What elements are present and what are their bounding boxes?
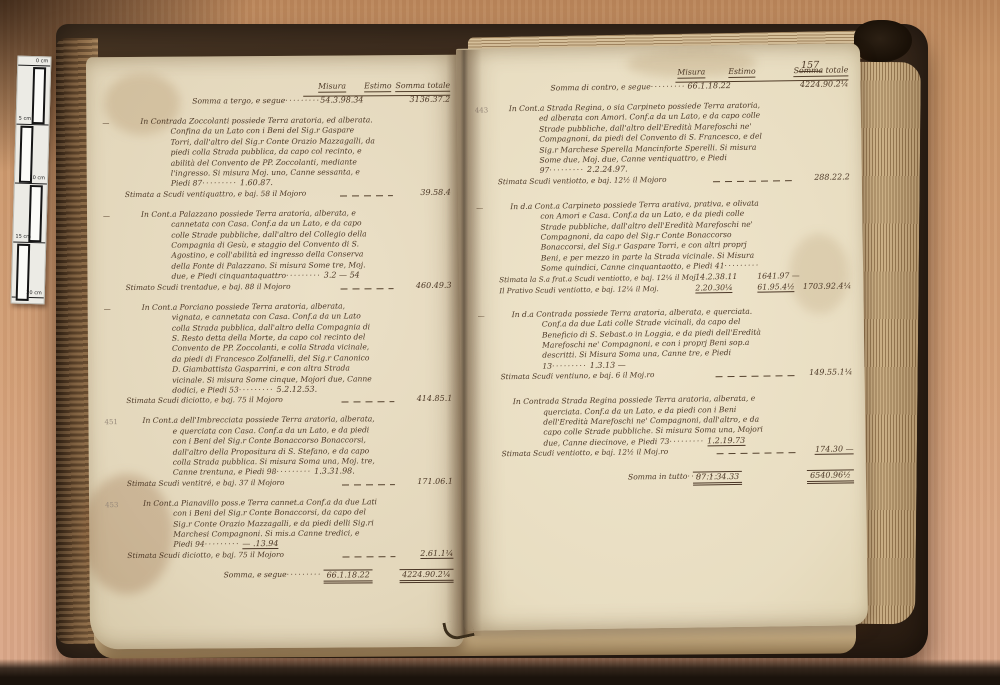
entry-body-text: In d.a Contrada possiede Terra aratoria,…: [512, 306, 769, 372]
entry-stima-text: Stimata Scudi ventiotto, e baj. 12½ il M…: [502, 447, 669, 458]
leader-dots: [202, 179, 237, 188]
entry-somma-value: 149.55.1¼: [809, 367, 853, 377]
book-gutter-shadow: [446, 50, 482, 636]
leader-dots: [651, 82, 686, 91]
leader-dots: [276, 467, 311, 476]
entry-body-text: In Cont.a dell'Imbrecciata possiede Terr…: [142, 415, 378, 479]
scale-label: 0 cm: [36, 58, 49, 64]
column-header-somma-totale: Somma totale: [794, 65, 849, 77]
entry-misura-value: — .13.94: [242, 539, 278, 549]
page-total-label: Somma, e segue: [224, 569, 322, 579]
entry-somma-value: 1703.92.4¼: [803, 281, 852, 291]
scale-label: 5 cm: [19, 116, 32, 122]
entry-body-text: In Contrada Zoccolanti possiede Terra ar…: [140, 115, 377, 189]
valuation-misura: 2.20.30¼: [695, 283, 732, 294]
entry-misura-value: 1.3.31.98.: [314, 467, 355, 476]
entry-text: In Cont.a Porciano possiede Terra arator…: [142, 301, 372, 394]
page-total-somma: 6540.96½: [807, 469, 854, 484]
entry-margin-mark: —: [104, 305, 111, 313]
entry-body-text: In Cont.a Palazzano possiede Terra arato…: [141, 208, 378, 282]
scale-label: 20 cm: [26, 290, 42, 296]
entry-text: In Cont.a Strada Regina, o sia Carpineto…: [509, 101, 762, 176]
dash-leader: [342, 484, 395, 485]
entry-stima-row: Stimata Scudi diciotto, e baj. 75 il Moj…: [126, 394, 452, 408]
page-total-row: Somma in tutto 87.1.34.33 6540.96½: [478, 469, 854, 489]
carry-misura-value: 54.3.98.34: [320, 95, 363, 104]
ledger-entry: — In Cont.a Porciano possiede Terra arat…: [102, 300, 453, 408]
ledger-entry: — In d.a Contrada possiede Terra aratori…: [476, 305, 853, 385]
leader-dots: [724, 261, 759, 270]
carry-label-text: Somma a tergo, e segue: [192, 96, 285, 106]
entry-body-text: In Cont.a Pianavillo poss.e Terra cannet…: [143, 497, 379, 551]
column-header-estimo: Estimo: [728, 67, 756, 78]
ledger-entry: 453 In Cont.a Pianavillo poss.e Terra ca…: [103, 497, 453, 563]
ledger-entry: 443 In Cont.a Strada Regina, o sia Carpi…: [473, 99, 850, 189]
entry-misura-value: 2.2.24.97.: [587, 165, 628, 175]
column-header-estimo: Estimo: [364, 81, 391, 92]
carry-label: Somma a tergo, e segue: [192, 96, 320, 106]
left-page-content: Misura Estimo Somma totale Somma a tergo…: [100, 81, 454, 641]
leader-dots: [549, 166, 584, 175]
entry-margin-number: 453: [105, 501, 118, 509]
valuation-label: Il Prativo Scudi ventiotto, e baj. 12¼ i…: [499, 284, 659, 295]
entry-text: In d.a Cont.a Carpineto possiede Terra a…: [510, 198, 759, 272]
leader-dots: [239, 385, 274, 394]
valuation-label: Stimata la S.a frat.a Scudi ventiotto, e…: [499, 272, 698, 284]
valuation-estimo: 61.95.4½: [757, 282, 794, 293]
entry-body-text: In Contrada Strada Regina possiede Terra…: [513, 394, 770, 450]
entry-margin-mark: —: [103, 212, 110, 220]
entry-body-text: In Cont.a Strada Regina, o sia Carpineto…: [509, 101, 766, 177]
leader-dots: [287, 569, 322, 578]
leader-dots: [286, 271, 321, 280]
entry-somma-value: 288.22.2: [814, 172, 850, 181]
entry-misura-value: 3.2 — 54: [324, 271, 360, 280]
entry-stima-row: Stimata a Scudi ventiquattro, e baj. 58 …: [125, 188, 451, 202]
leader-dots: [669, 436, 704, 445]
carry-label-text: Somma di contro, e segue: [550, 82, 650, 92]
page-total-misura: 66.1.18.22: [324, 569, 373, 583]
entry-stima-row: Stimato Scudi trentadue, e baj. 88 il Mo…: [126, 280, 452, 294]
dash-leader: [341, 288, 394, 289]
page-total-misura: 87.1.34.33: [693, 471, 742, 486]
entry-stima-text: Stimata Scudi ventiotto, e baj. 12½ il M…: [498, 175, 667, 186]
entry-stima-text: Stimata Scudi ventiuno, e baj. 6 il Moj.…: [500, 370, 654, 381]
ledger-entry: — In d.a Cont.a Carpineto possiede Terra…: [474, 197, 851, 297]
ledger-entry: 451 In Cont.a dell'Imbrecciata possiede …: [102, 414, 453, 491]
carry-somma-value: 3136.37.2: [409, 95, 450, 104]
entry-somma-value: 174.30 —: [815, 444, 854, 455]
column-header-misura: Misura: [318, 81, 346, 92]
scale-segment: [32, 67, 47, 124]
entry-margin-number: 451: [104, 418, 117, 426]
scale-bar: 0 cm 5 cm 10 cm 15 cm 20 cm: [11, 56, 52, 305]
scale-label: 15 cm: [15, 234, 31, 240]
dash-leader: [342, 556, 395, 557]
right-page: 157 Misura Estimo Somma totale Somma di …: [456, 43, 868, 631]
entry-stima-row: Stimata Scudi ventitré, e baj. 37 il Moj…: [127, 477, 453, 491]
entry-stima-text: Stimata Scudi diciotto, e baj. 75 il Moj…: [126, 395, 283, 405]
entry-misura-value: 1.2.19.73: [707, 436, 745, 447]
dash-leader: [340, 195, 393, 196]
leader-dots: [285, 96, 320, 105]
ledger-entry: — In Contrada Zoccolanti possiede Terra …: [100, 115, 451, 202]
column-header-misura: Misura: [677, 67, 705, 78]
carry-somma-value: 4224.90.2¼: [800, 79, 849, 89]
entry-text: In d.a Contrada possiede Terra aratoria,…: [512, 306, 761, 370]
right-page-content: 157 Misura Estimo Somma totale Somma di …: [472, 65, 856, 622]
leader-dots: [205, 540, 240, 549]
entry-stima-row: Stimata Scudi diciotto, e baj. 75 il Moj…: [127, 549, 453, 563]
valuation-estimo: 1641.97 —: [757, 271, 800, 281]
photo-of-manuscript: 0 cm 5 cm 10 cm 15 cm 20 cm Misura Estim…: [0, 0, 1000, 685]
left-page: Misura Estimo Somma totale Somma a tergo…: [86, 55, 464, 650]
valuation-misura: 14.2.38.11: [695, 272, 737, 282]
entry-text: In Contrada Zoccolanti possiede Terra ar…: [140, 115, 375, 188]
page-total-label-text: Somma in tutto: [628, 472, 688, 482]
ledger-entry: — In Cont.a Palazzano possiede Terra ara…: [101, 208, 452, 295]
dash-leader: [716, 375, 795, 377]
entry-misura-value: 5.2.12.53.: [276, 385, 317, 394]
entry-margin-mark: —: [102, 119, 109, 127]
entry-stima-text: Stimata a Scudi ventiquattro, e baj. 58 …: [125, 189, 306, 199]
dash-leader: [717, 452, 796, 454]
entry-body-text: In d.a Cont.a Carpineto possiede Terra a…: [510, 198, 767, 274]
scale-label: 10 cm: [29, 175, 45, 181]
entry-stima-text: Stimato Scudi trentadue, e baj. 88 il Mo…: [126, 282, 291, 292]
dash-leader: [341, 402, 394, 403]
page-total-row: Somma, e segue 66.1.18.22 4224.90.2¼: [104, 569, 454, 586]
leader-dots: [552, 361, 587, 370]
carry-forward-row: Somma a tergo, e segue 54.3.98.34 3136.3…: [100, 95, 450, 111]
entry-body-text: In Cont.a Porciano possiede Terra arator…: [142, 301, 379, 396]
dash-leader: [713, 180, 792, 182]
carry-misura-value: 66.1.18.22: [687, 81, 730, 91]
entry-stima-text: Stimata Scudi diciotto, e baj. 75 il Moj…: [127, 550, 284, 560]
page-total-label-text: Somma, e segue: [224, 570, 287, 579]
ledger-entry: In Contrada Strada Regina possiede Terra…: [477, 392, 854, 461]
entry-misura-value: 1.60.87.: [240, 178, 273, 187]
entry-stima-text: Stimata Scudi ventitré, e baj. 37 il Moj…: [127, 478, 285, 488]
carry-label: Somma di contro, e segue: [550, 82, 686, 93]
entry-misura-value: 1.3.13 —: [590, 360, 626, 370]
column-header-somma-totale: Somma totale: [395, 81, 450, 92]
table-edge-shadow: [0, 659, 1000, 685]
